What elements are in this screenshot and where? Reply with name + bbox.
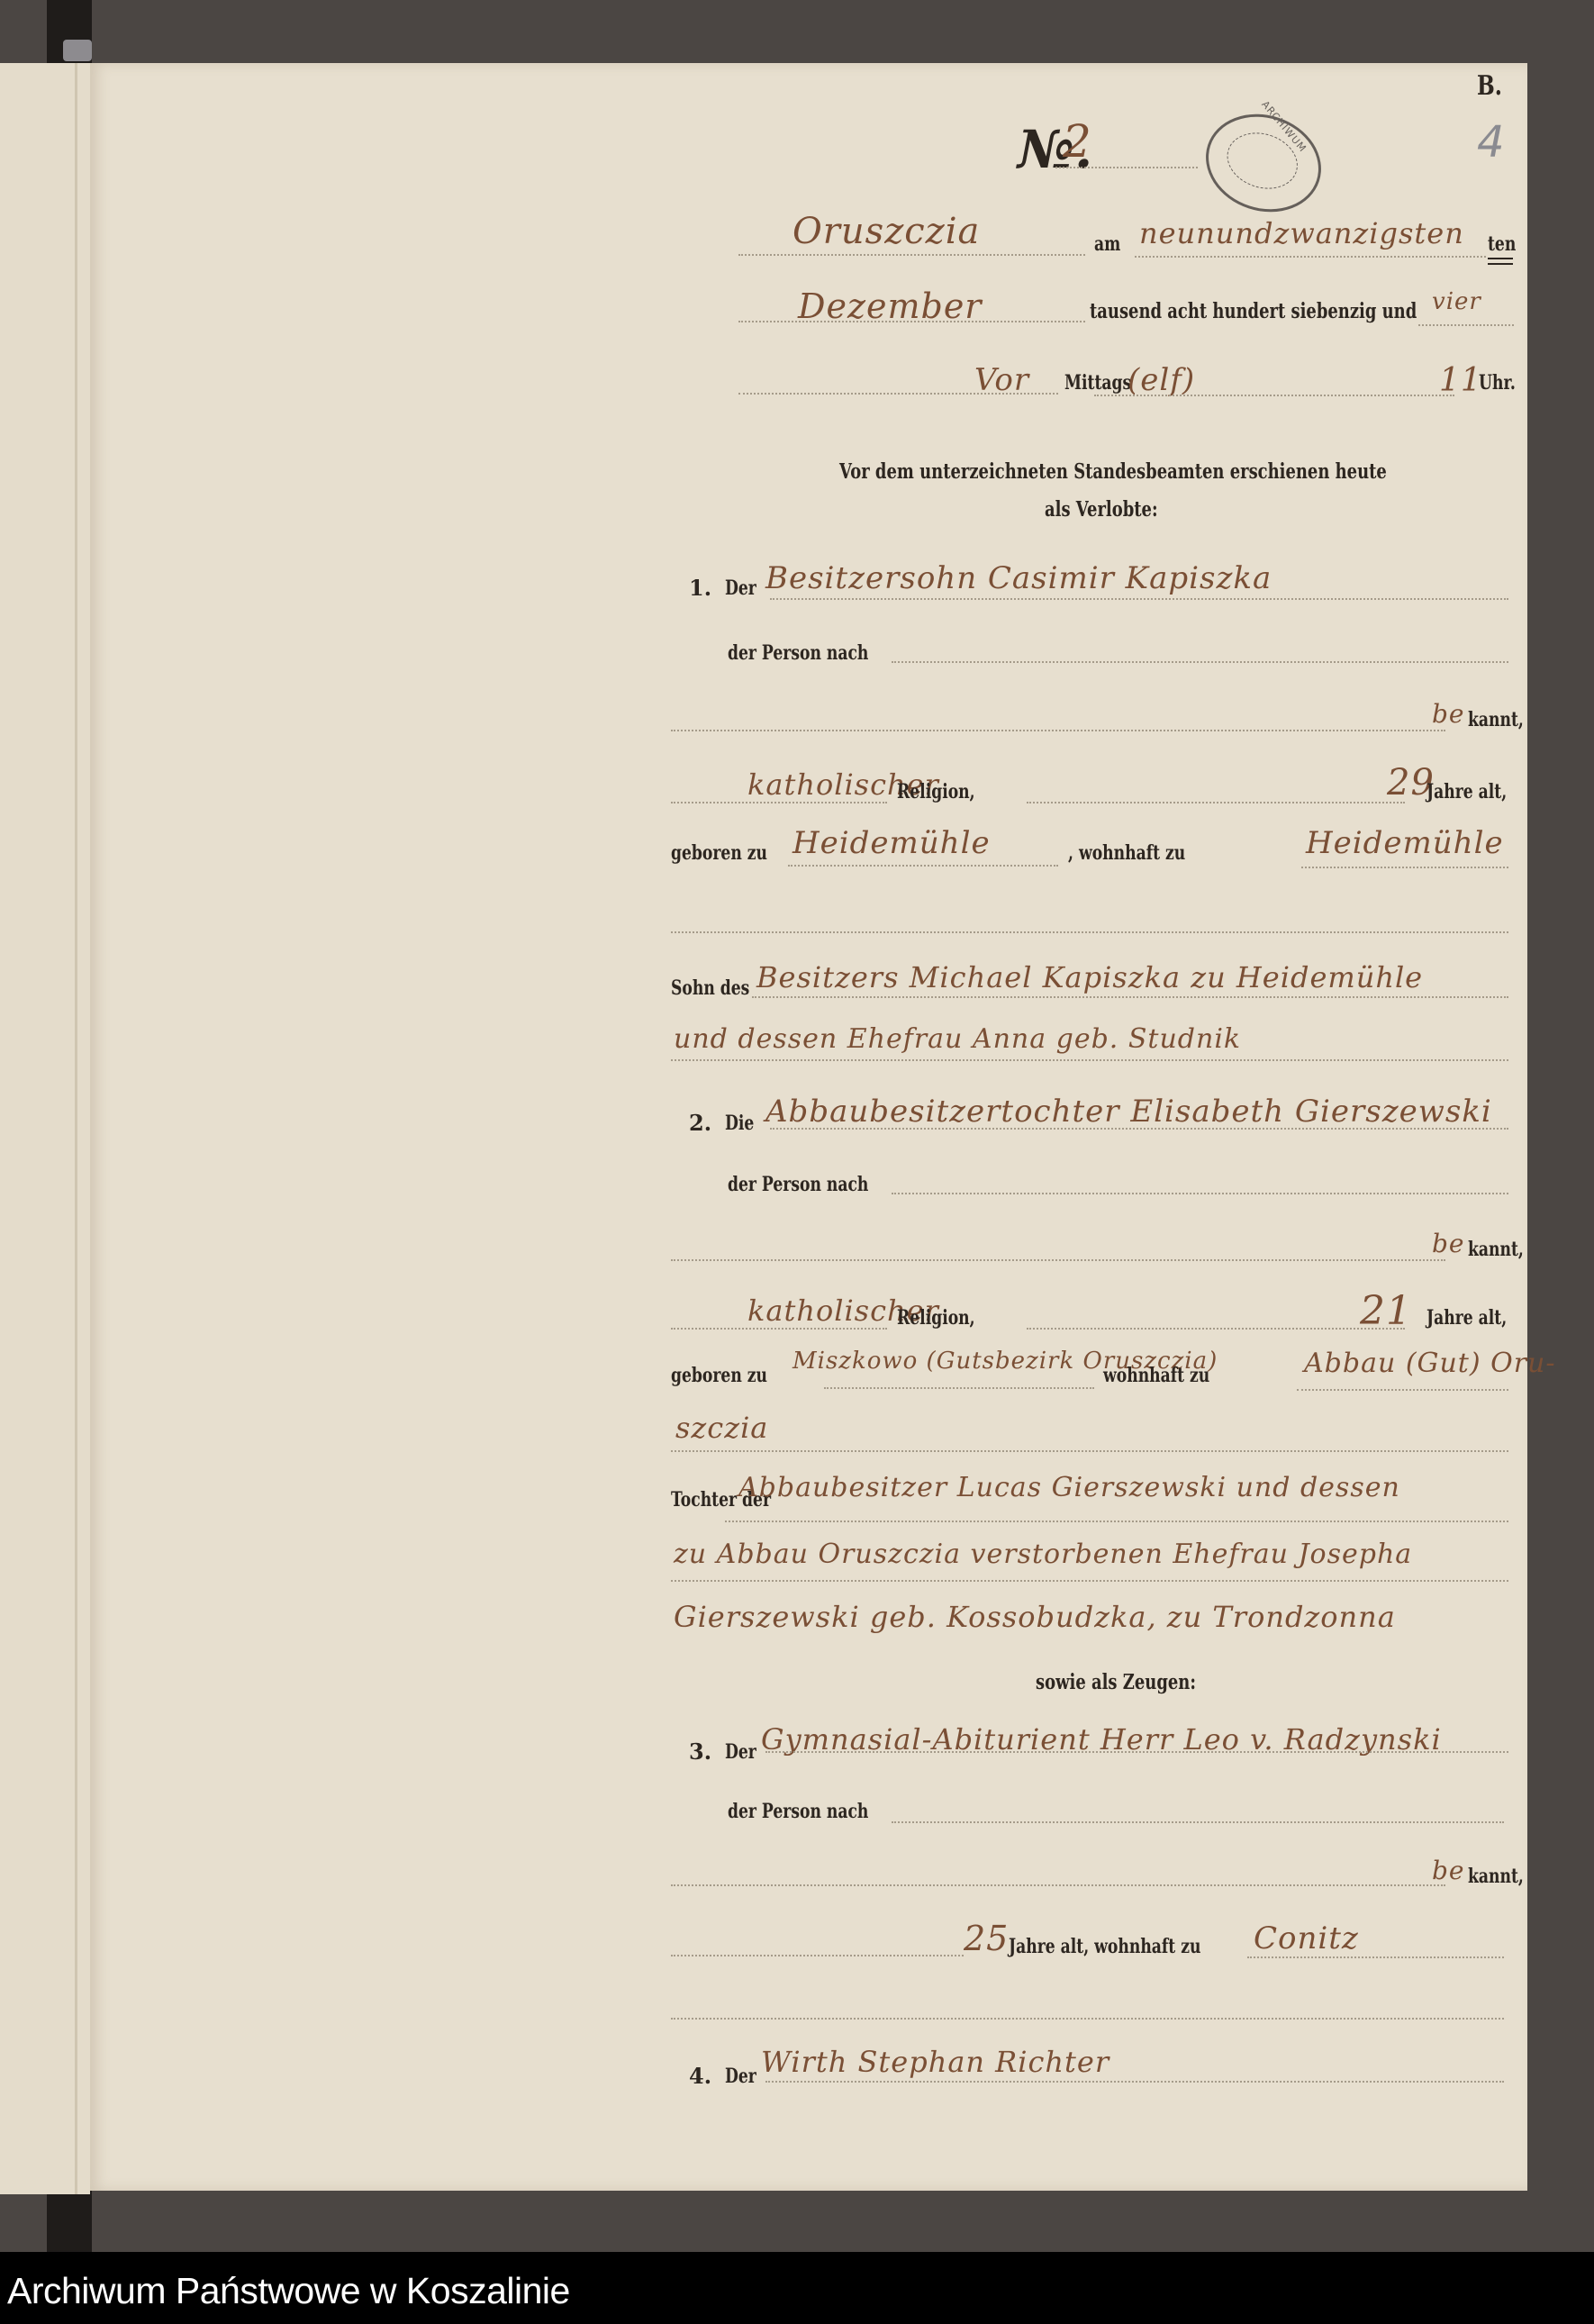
intro-line1: Vor dem unterzeichneten Standesbeamten e… (839, 459, 1387, 484)
person2-age-label: Jahre alt, (1426, 1306, 1507, 1330)
person2-name-dotted-line (770, 1128, 1508, 1130)
year-value: vier (1432, 288, 1481, 315)
witness4-name-dotted-line (765, 2081, 1504, 2083)
person2-name: Abbaubesitzertochter Elisabeth Gierszews… (765, 1094, 1492, 1130)
intro-line2: als Verlobte: (1045, 497, 1158, 522)
witness3-known-label: kannt, (1468, 1865, 1524, 1888)
person2-residence-label: wohnhaft zu (1103, 1364, 1209, 1387)
witness3-name-dotted-line (765, 1751, 1508, 1753)
person2-age-dotted-line (1027, 1328, 1405, 1330)
person1-index: 1. (689, 575, 711, 601)
witness3-age-residence-label: Jahre alt, wohnhaft zu (1009, 1935, 1200, 1958)
person1-name-dotted-line (770, 598, 1508, 600)
person2-known-label: kannt, (1468, 1238, 1524, 1261)
person1-parent-value: Besitzers Michael Kapiszka zu Heidemühle (756, 960, 1423, 994)
person2-age: 21 (1360, 1288, 1412, 1334)
person1-residence-value: Heidemühle (1306, 825, 1504, 861)
witness3-residence: Conitz (1254, 1920, 1359, 1956)
person2-parent-value: Abbaubesitzer Lucas Gierszewski und dess… (738, 1472, 1400, 1503)
ten-label: ten (1488, 232, 1516, 256)
place-dotted-line (738, 254, 1085, 256)
person1-known-dotted-line (671, 730, 1445, 731)
uhr-label: Uhr. (1479, 371, 1516, 395)
witness4-name: Wirth Stephan Richter (761, 2045, 1109, 2079)
witness3-article: Der (725, 1740, 756, 1764)
person2-known-dotted-line (671, 1259, 1445, 1261)
person2-religion-dotted-line (671, 1328, 887, 1330)
witness4-index: 4. (689, 2063, 711, 2089)
person2-blank-dotted-line (671, 1450, 1508, 1452)
person1-known-value: be (1432, 699, 1465, 729)
person1-parent-dotted-line (752, 996, 1508, 998)
witness3-blank-dotted-line (671, 2018, 1504, 2020)
hour-words: (elf) (1128, 362, 1195, 398)
series-letter: B. (1477, 70, 1502, 102)
archive-name: Archiwum Państwowe w Koszalinie (7, 2270, 570, 2312)
person2-article: Die (725, 1112, 754, 1135)
day-dotted-line (1135, 256, 1486, 258)
person2-known-value: be (1432, 1229, 1465, 1258)
witness3-index: 3. (689, 1738, 711, 1765)
year-label: tausend acht hundert siebenzig und (1090, 299, 1417, 323)
person1-religion-dotted-line (671, 802, 887, 803)
person1-person-label: der Person nach (728, 641, 868, 665)
witness3-age-dotted-line (671, 1955, 964, 1956)
person2-index: 2. (689, 1110, 711, 1136)
person1-age-dotted-line (1027, 802, 1405, 803)
person2-person-label: der Person nach (728, 1173, 868, 1196)
binding-thread (63, 40, 92, 61)
person1-born-value: Heidemühle (792, 825, 991, 861)
person1-residence-dotted-line (1301, 867, 1508, 868)
person1-born-dotted-line (788, 865, 1058, 867)
hour-dotted-line (1094, 395, 1454, 396)
person1-age-label: Jahre alt, (1426, 780, 1507, 803)
page-fold (75, 63, 77, 2194)
person2-person-dotted-line (892, 1193, 1508, 1194)
witness3-known-value: be (1432, 1856, 1465, 1885)
person1-known-label: kannt, (1468, 708, 1524, 731)
person1-parent-label: Sohn des (671, 976, 749, 1000)
ten-underline (1488, 258, 1513, 265)
person2-parent2-dotted-line (671, 1580, 1508, 1582)
person2-born-label: geboren zu (671, 1364, 767, 1387)
person2-residence-value: Abbau (Gut) Oru- (1304, 1348, 1556, 1379)
record-number: 2 (1063, 115, 1092, 168)
witness3-known-dotted-line (671, 1884, 1445, 1886)
person1-religion-label: Religion, (897, 780, 975, 803)
witness3-residence-dotted-line (1247, 1956, 1504, 1958)
person1-article: Der (725, 576, 756, 600)
person1-born-label: geboren zu (671, 841, 767, 865)
person2-parent-value2: zu Abbau Oruszczia verstorbenen Ehefrau … (674, 1539, 1412, 1570)
year-dotted-line (1418, 324, 1514, 326)
person2-parent-value3: Gierszewski geb. Kossobudzka, zu Trondzo… (674, 1600, 1396, 1634)
person2-religion-label: Religion, (897, 1306, 975, 1330)
mittags-label: Mittags (1064, 371, 1131, 395)
person1-blank-dotted-line (671, 931, 1508, 933)
ampm-dotted-line (738, 393, 1058, 395)
folio-number-pencil: 4 (1477, 117, 1505, 168)
witness3-person-label: der Person nach (728, 1800, 868, 1823)
person1-parent-value2: und dessen Ehefrau Anna geb. Studnik (674, 1023, 1241, 1055)
witness3-person-dotted-line (892, 1821, 1504, 1823)
person1-residence-label: , wohnhaft zu (1068, 841, 1185, 865)
person1-person-dotted-line (892, 661, 1508, 663)
person1-parent2-dotted-line (671, 1059, 1508, 1061)
place-value: Oruszczia (792, 211, 980, 252)
person2-born-dotted-line (824, 1387, 1094, 1389)
day-value: neunundzwanzigsten (1139, 216, 1464, 250)
am-label: am (1094, 232, 1120, 256)
witnesses-label: sowie als Zeugen: (1036, 1670, 1196, 1694)
person2-residence-dotted-line (1297, 1389, 1508, 1391)
number-dotted-line (1055, 167, 1198, 168)
month-dotted-line (738, 321, 1085, 322)
hour-value: 11 (1439, 362, 1482, 399)
witness3-age: 25 (964, 1919, 1009, 1958)
person2-residence-value2: szczia (675, 1411, 768, 1445)
person1-name: Besitzersohn Casimir Kapiszka (765, 560, 1272, 596)
person2-parent-dotted-line (725, 1521, 1508, 1522)
witness4-article: Der (725, 2065, 756, 2088)
